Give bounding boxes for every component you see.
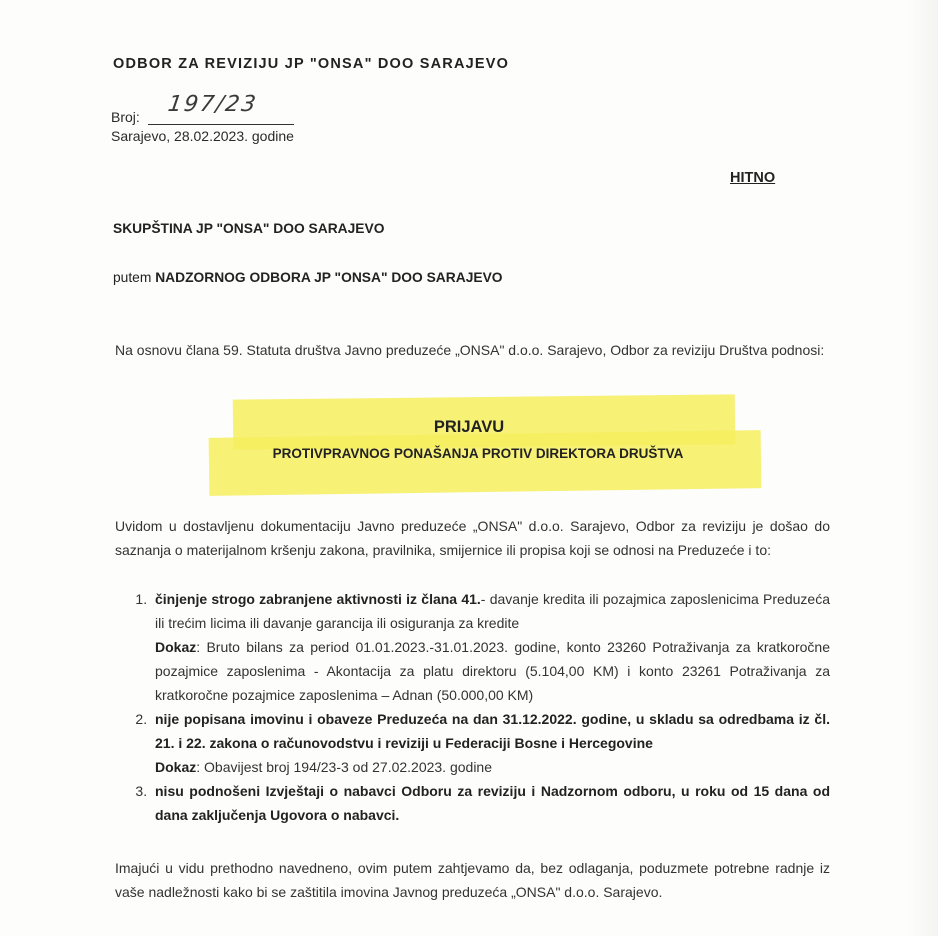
item-heading: nisu podnošeni Izvještaji o nabavci Odbo… — [155, 783, 830, 823]
scan-edge-shadow — [908, 0, 938, 936]
reference-number-handwritten: 197/23 — [166, 92, 259, 117]
body-intro-paragraph: Uvidom u dostavljenu dokumentaciju Javno… — [115, 514, 830, 562]
highlight-marker-2 — [209, 430, 762, 496]
recipient-board: NADZORNOG ODBORA JP "ONSA" DOO SARAJEVO — [155, 270, 502, 285]
document-date: Sarajevo, 28.02.2023. godine — [111, 128, 294, 144]
list-item: činjenje strogo zabranjene aktivnosti iz… — [151, 587, 830, 707]
violations-list: činjenje strogo zabranjene aktivnosti iz… — [115, 587, 830, 827]
evidence-label: Dokaz — [155, 759, 196, 775]
recipient-line-2: putem NADZORNOG ODBORA JP "ONSA" DOO SAR… — [113, 270, 503, 285]
organization-header: ODBOR ZA REVIZIJU JP "ONSA" DOO SARAJEVO — [113, 56, 509, 72]
evidence-text: : Bruto bilans za period 01.01.2023.-31.… — [155, 639, 830, 703]
evidence-text: : Obavijest broj 194/23-3 od 27.02.2023.… — [196, 759, 492, 775]
recipient-prefix: putem — [113, 270, 155, 285]
document-title: PRIJAVU — [0, 418, 938, 437]
urgency-label: HITNO — [730, 170, 775, 186]
recipient-line-1: SKUPŠTINA JP "ONSA" DOO SARAJEVO — [113, 221, 384, 236]
closing-paragraph: Imajući u vidu prethodno navedneno, ovim… — [115, 856, 830, 904]
reference-number-line — [148, 124, 294, 125]
item-heading: nije popisana imovinu i obaveze Preduzeć… — [155, 711, 830, 751]
item-heading: činjenje strogo zabranjene aktivnosti iz… — [155, 591, 481, 607]
list-item: nije popisana imovinu i obaveze Preduzeć… — [151, 707, 830, 779]
intro-paragraph: Na osnovu člana 59. Statuta društva Javn… — [115, 338, 830, 362]
list-item: nisu podnošeni Izvještaji o nabavci Odbo… — [151, 779, 830, 827]
document-subtitle: PROTIVPRAVNOG PONAŠANJA PROTIV DIREKTORA… — [0, 446, 938, 461]
evidence-label: Dokaz — [155, 639, 196, 655]
reference-number-label: Broj: — [111, 109, 140, 125]
